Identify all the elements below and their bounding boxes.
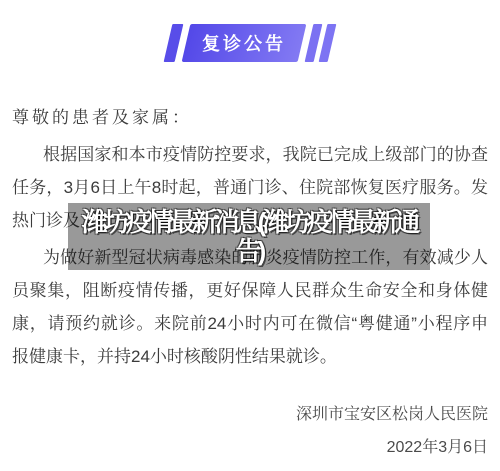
watermark-title-line1: 潍坊疫情最新消息(潍坊疫情最新通 bbox=[68, 208, 430, 237]
paragraph1-line2: 任务，3月6日上午8时起，普通门诊、住院部恢复医疗服务。发 bbox=[12, 171, 488, 204]
header-badge: 复诊公告 bbox=[0, 24, 500, 62]
notice-page: 复诊公告 尊敬的患者及家属： 根据国家和本市疫情防控要求，我院已完成上级部门的协… bbox=[0, 0, 500, 471]
watermark-title-line2: 告) bbox=[68, 237, 430, 266]
paragraph2-line4: 报健康卡，并持24小时核酸阴性结果就诊。 bbox=[12, 340, 488, 373]
paragraph1-line1: 根据国家和本市疫情防控要求，我院已完成上级部门的协查 bbox=[12, 138, 488, 171]
badge-stripe-left bbox=[164, 24, 184, 62]
paragraph2-line2: 员聚集，阻断疫情传播，更好保障人民群众生命安全和身体健 bbox=[12, 274, 488, 307]
signature-block: 深圳市宝安区松岗人民医院 2022年3月6日 bbox=[296, 398, 488, 464]
signature-date: 2022年3月6日 bbox=[296, 431, 488, 464]
badge-title-plate: 复诊公告 bbox=[182, 24, 307, 62]
watermark-overlay: 潍坊疫情最新消息(潍坊疫情最新通 告) bbox=[68, 203, 430, 270]
greeting-line: 尊敬的患者及家属： bbox=[12, 101, 488, 134]
signature-organization: 深圳市宝安区松岗人民医院 bbox=[296, 398, 488, 431]
badge-stripe-right-2 bbox=[319, 24, 337, 62]
paragraph2-line3: 康，请预约就诊。来院前24小时内可在微信“粤健通”小程序申 bbox=[12, 307, 488, 340]
badge-title: 复诊公告 bbox=[202, 30, 286, 56]
